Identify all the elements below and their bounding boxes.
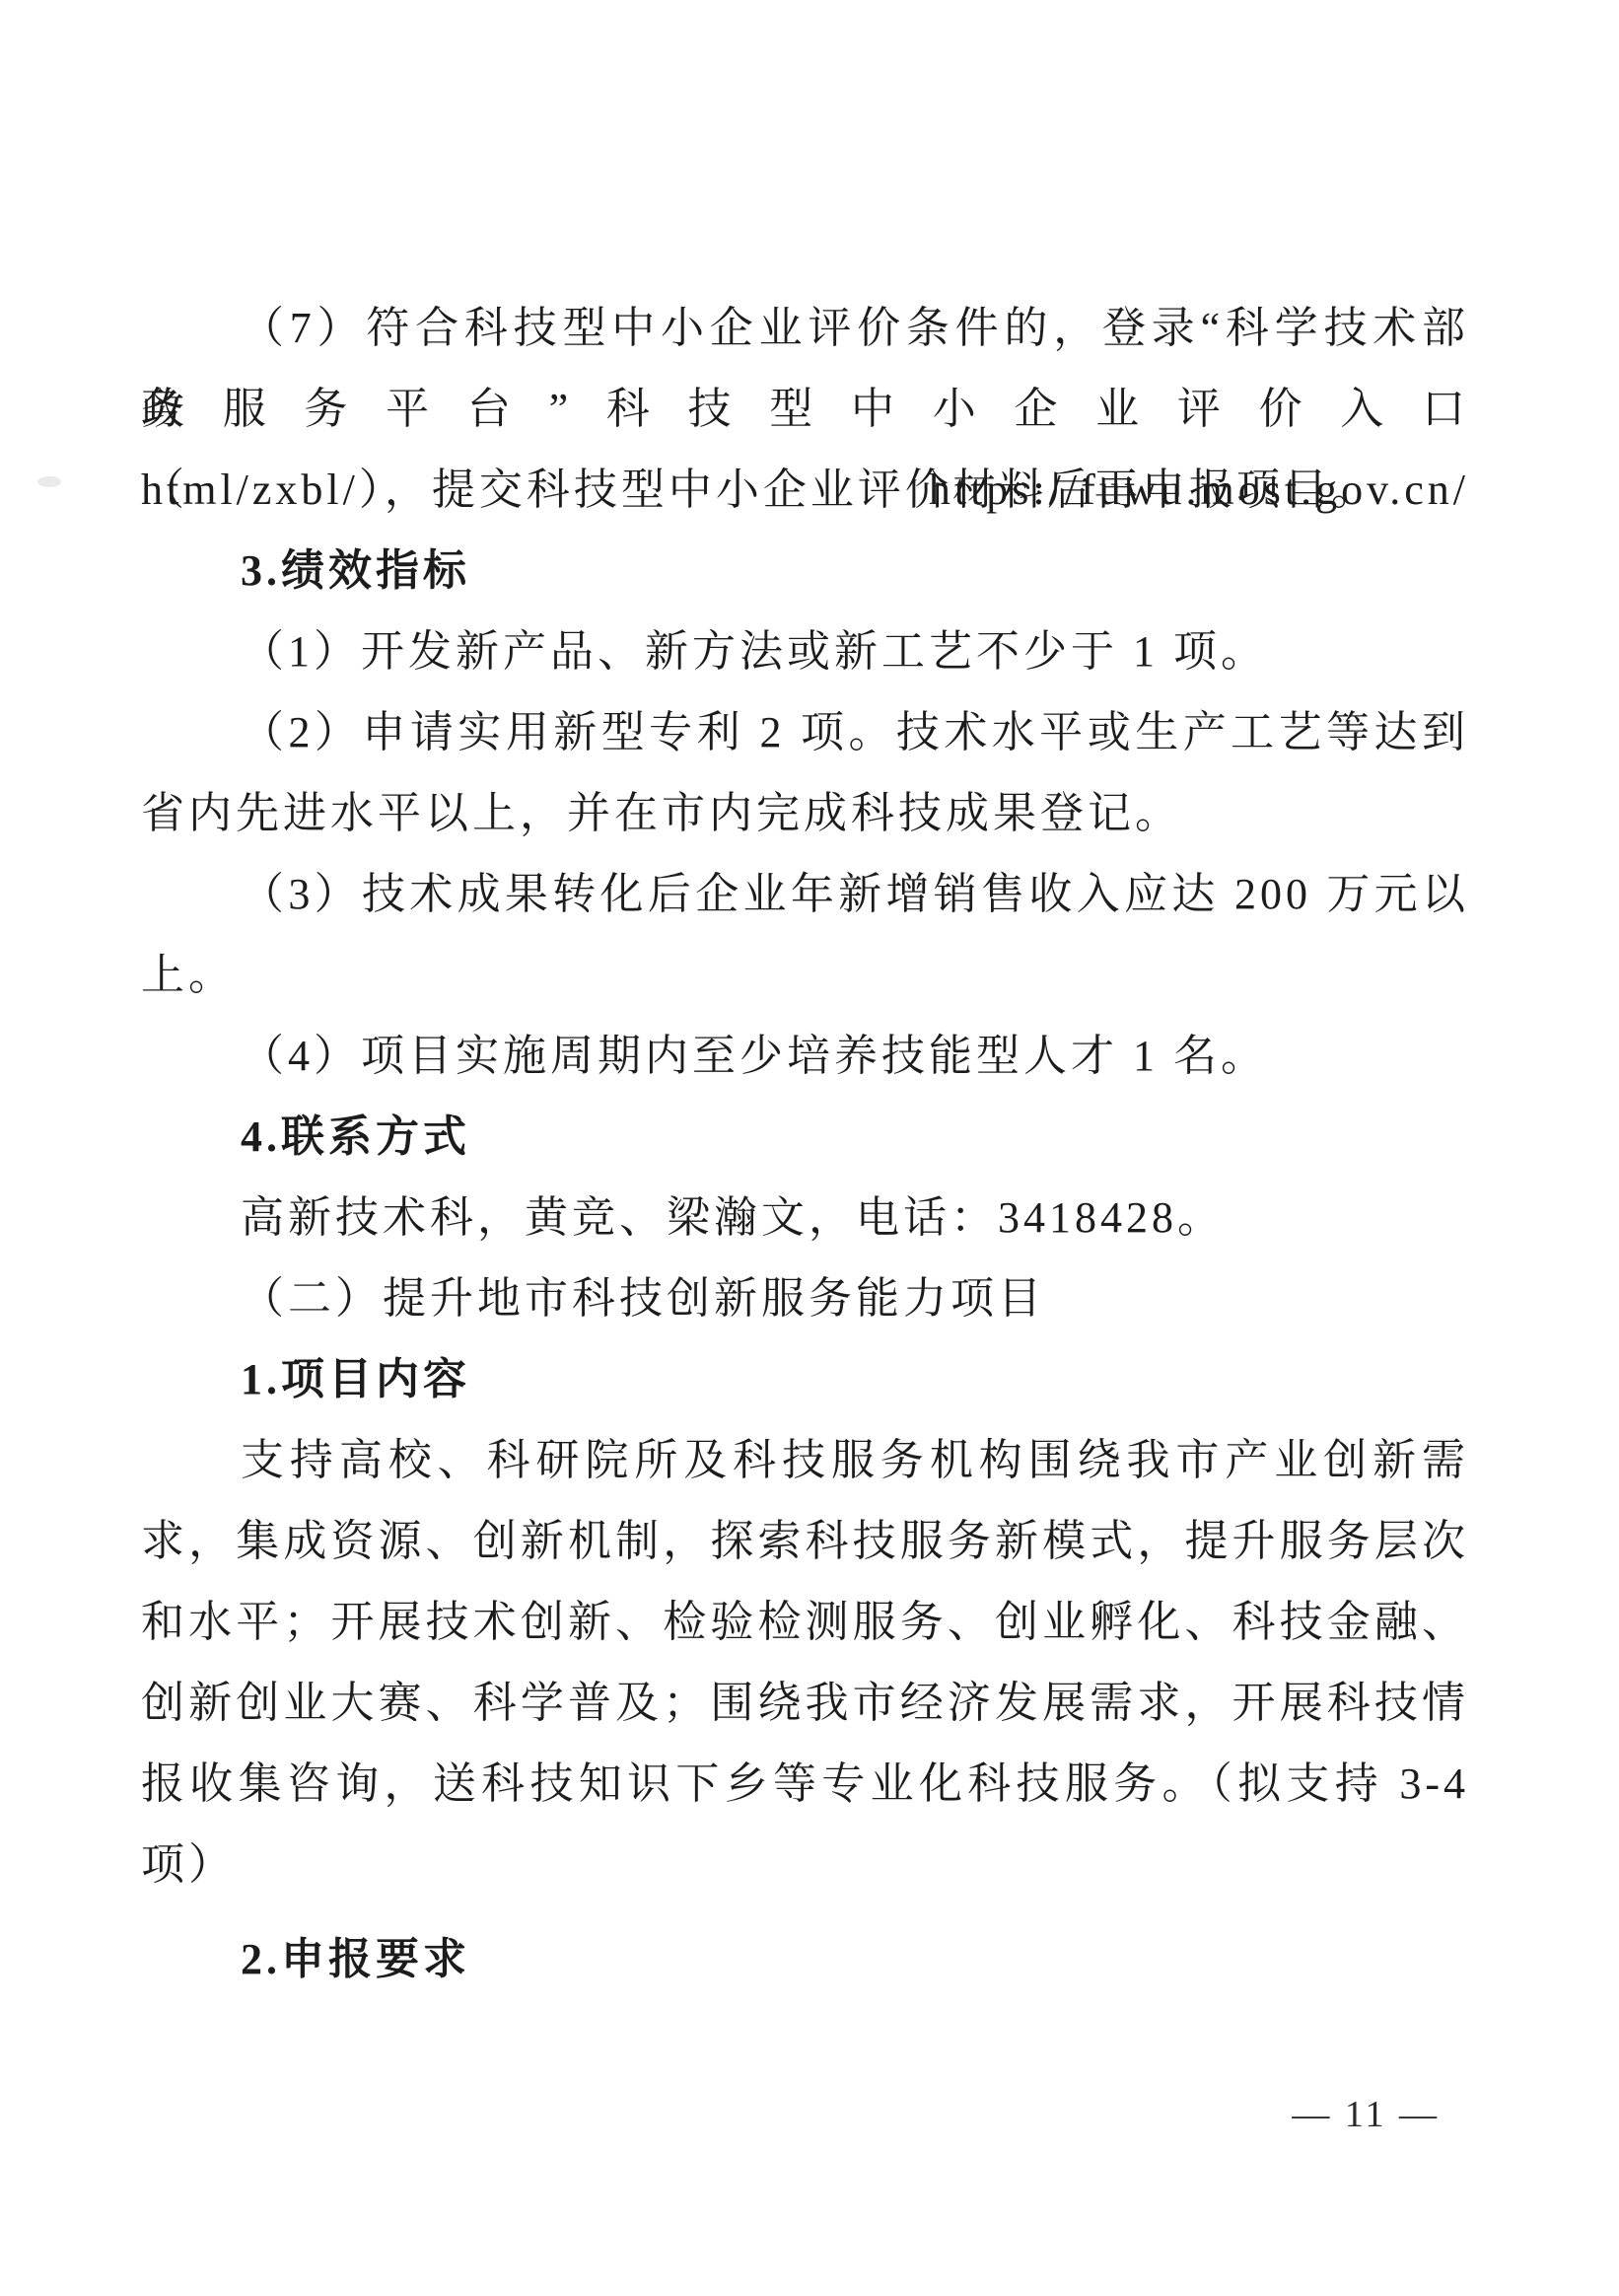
text-line: 上。	[141, 935, 1469, 1016]
heading-line: 4.联系方式	[141, 1097, 1469, 1178]
text-line: 项）	[141, 1825, 1469, 1905]
text-line: 务服务平台”科技型中小企业评价入口（https://fuwu.most.gov.…	[141, 369, 1469, 450]
scan-smudge	[37, 476, 61, 487]
text-line: 和水平；开展技术创新、检验检测服务、创业孵化、科技金融、	[141, 1582, 1469, 1663]
text-line: 省内先进水平以上，并在市内完成科技成果登记。	[141, 773, 1469, 854]
text-line: 支持高校、科研院所及科技服务机构围绕我市产业创新需	[141, 1420, 1469, 1501]
text-line: 报收集咨询，送科技知识下乡等专业化科技服务。（拟支持 3-4	[141, 1744, 1469, 1825]
text-line: 求，集成资源、创新机制，探索科技服务新模式，提升服务层次	[141, 1501, 1469, 1582]
heading-line: 3.绩效指标	[141, 531, 1469, 611]
heading-line: 1.项目内容	[141, 1339, 1469, 1420]
heading-line: 2.申报要求	[141, 1919, 1469, 2000]
text-line: （1）开发新产品、新方法或新工艺不少于 1 项。	[141, 611, 1469, 692]
page-number: — 11 —	[1292, 2093, 1440, 2136]
document-page: { "page": { "number_label": "— 11 —" }, …	[0, 0, 1619, 2296]
text-line: （4）项目实施周期内至少培养技能型人才 1 名。	[141, 1016, 1469, 1097]
text-line: 高新技术科，黄竞、梁瀚文，电话：3418428。	[141, 1178, 1469, 1258]
text-line: （2）申请实用新型专利 2 项。技术水平或生产工艺等达到	[141, 692, 1469, 773]
text-line: （7）符合科技型中小企业评价条件的，登录“科学技术部政	[141, 288, 1469, 369]
text-line: 创新创业大赛、科学普及；围绕我市经济发展需求，开展科技情	[141, 1663, 1469, 1744]
document-body: （7）符合科技型中小企业评价条件的，登录“科学技术部政务服务平台”科技型中小企业…	[141, 288, 1469, 2000]
text-line: （3）技术成果转化后企业年新增销售收入应达 200 万元以	[141, 854, 1469, 935]
text-line: html/zxbl/），提交科技型中小企业评价材料后再申报项目。	[141, 450, 1469, 531]
text-line: （二）提升地市科技创新服务能力项目	[141, 1258, 1469, 1339]
